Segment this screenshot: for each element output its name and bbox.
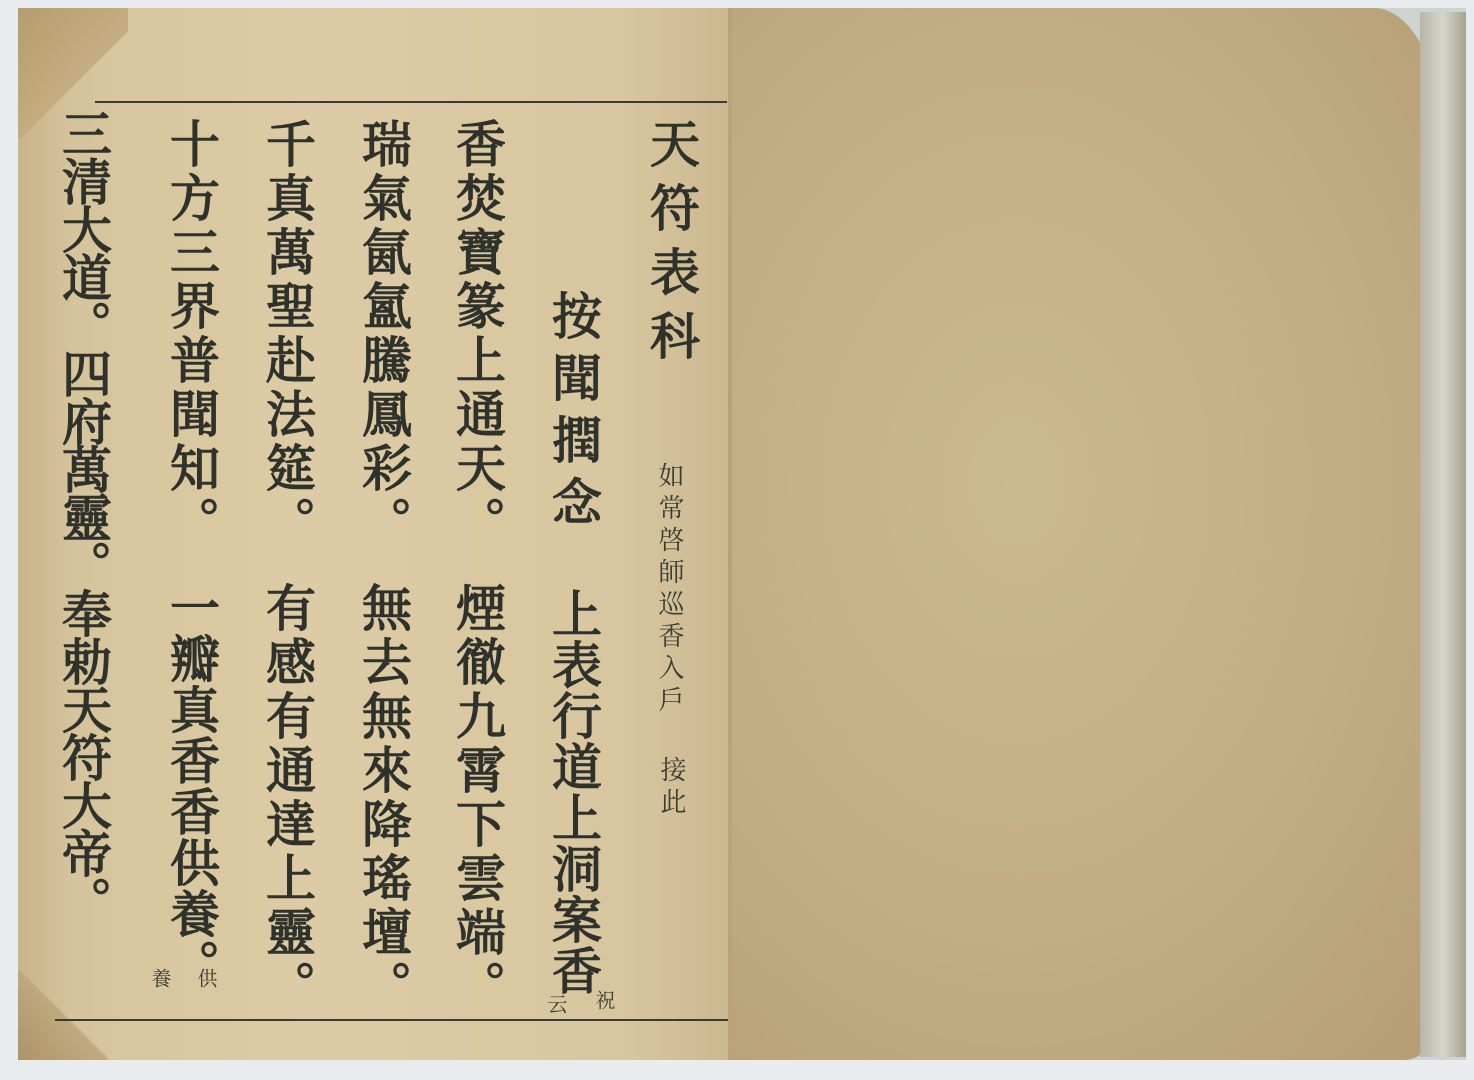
- column-6-text: 三清大道。四府萬靈。奉勅天符大帝。: [58, 108, 108, 924]
- column-2-bottom: 煙徹九霄下雲端。: [452, 582, 502, 1014]
- rubric-note: 如常啓師巡香入戶: [656, 462, 682, 718]
- column-4-top: 千真萬聖赴法筵。: [262, 118, 312, 550]
- right-page-blank: [732, 8, 1444, 1060]
- column-1-heading: 按聞撋念: [548, 290, 598, 538]
- column-3-top: 瑞氣氤氳騰鳳彩。: [358, 118, 408, 550]
- column-5-annotation-b: 養: [150, 968, 170, 996]
- column-5-annotation-a: 供: [196, 968, 216, 996]
- column-1-text: 上表行道上洞案香: [548, 588, 598, 996]
- column-1-annotation-b: 云: [546, 994, 566, 1022]
- column-2-top: 香焚寶篆上通天。: [452, 118, 502, 550]
- right-margin: [1420, 12, 1466, 1057]
- column-1-annotation-a: 祝: [594, 990, 614, 1018]
- document-title: 天符表科: [646, 118, 696, 374]
- column-5-top: 十方三界普聞知。: [166, 118, 216, 550]
- column-4-bottom: 有感有通達上靈。: [262, 582, 312, 1014]
- column-3-bottom: 無去無來降瑤壇。: [358, 582, 408, 1014]
- frame-top-rule: [95, 101, 727, 103]
- frame-bottom-rule: [55, 1019, 728, 1021]
- rubric-note-tail: 接此: [658, 756, 684, 820]
- column-5-bottom: 一瓣真香香供養。: [166, 582, 216, 990]
